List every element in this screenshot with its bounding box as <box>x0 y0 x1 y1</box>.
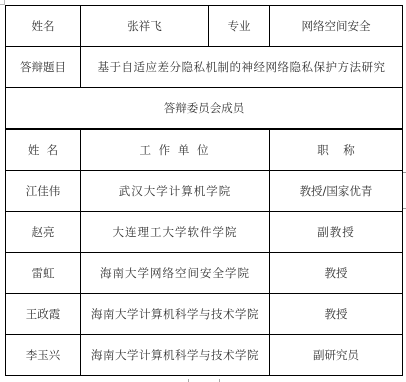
committee-header-row: 姓 名 工 作 单 位 职 称 <box>6 130 403 171</box>
member-row: 江佳伟 武汉大学计算机学院 教授/国家优青 <box>6 171 403 212</box>
member-title: 副教授 <box>270 212 403 253</box>
member-row: 赵亮 大连理工大学软件学院 副教授 <box>6 212 403 253</box>
member-unit: 海南大学计算机科学与技术学院 <box>81 294 270 335</box>
topic-value: 基于自适应差分隐私机制的神经网络隐私保护方法研究 <box>81 47 403 88</box>
student-info-row: 姓名 张祥飞 专业 网络空间安全 <box>6 6 403 47</box>
member-row: 李玉兴 海南大学计算机科学与技术学院 副研究员 <box>6 335 403 376</box>
committee-title-row: 答辩委员会成员 <box>6 88 403 129</box>
header-unit: 工 作 单 位 <box>81 130 270 171</box>
member-unit: 海南大学网络空间安全学院 <box>81 253 270 294</box>
member-name: 江佳伟 <box>6 171 81 212</box>
member-title: 教授 <box>270 294 403 335</box>
header-title: 职 称 <box>270 130 403 171</box>
member-title: 教授 <box>270 253 403 294</box>
name-label: 姓名 <box>6 6 81 47</box>
member-unit: 海南大学计算机科学与技术学院 <box>81 335 270 376</box>
committee-title: 答辩委员会成员 <box>6 88 403 129</box>
topic-row: 答辩题目 基于自适应差分隐私机制的神经网络隐私保护方法研究 <box>6 47 403 88</box>
member-unit: 武汉大学计算机学院 <box>81 171 270 212</box>
member-name: 雷虹 <box>6 253 81 294</box>
member-title: 副研究员 <box>270 335 403 376</box>
member-unit: 大连理工大学软件学院 <box>81 212 270 253</box>
member-name: 王政霞 <box>6 294 81 335</box>
topic-label: 答辩题目 <box>6 47 81 88</box>
major-label: 专业 <box>209 6 270 47</box>
name-value: 张祥飞 <box>81 6 209 47</box>
member-row: 王政霞 海南大学计算机科学与技术学院 教授 <box>6 294 403 335</box>
member-name: 赵亮 <box>6 212 81 253</box>
member-title: 教授/国家优青 <box>270 171 403 212</box>
defense-info-table: 姓名 张祥飞 专业 网络空间安全 答辩题目 基于自适应差分隐私机制的神经网络隐私… <box>5 5 403 129</box>
member-row: 雷虹 海南大学网络空间安全学院 教授 <box>6 253 403 294</box>
committee-table: 姓 名 工 作 单 位 职 称 江佳伟 武汉大学计算机学院 教授/国家优青 赵亮… <box>5 129 403 376</box>
major-value: 网络空间安全 <box>270 6 403 47</box>
header-name: 姓 名 <box>6 130 81 171</box>
member-name: 李玉兴 <box>6 335 81 376</box>
